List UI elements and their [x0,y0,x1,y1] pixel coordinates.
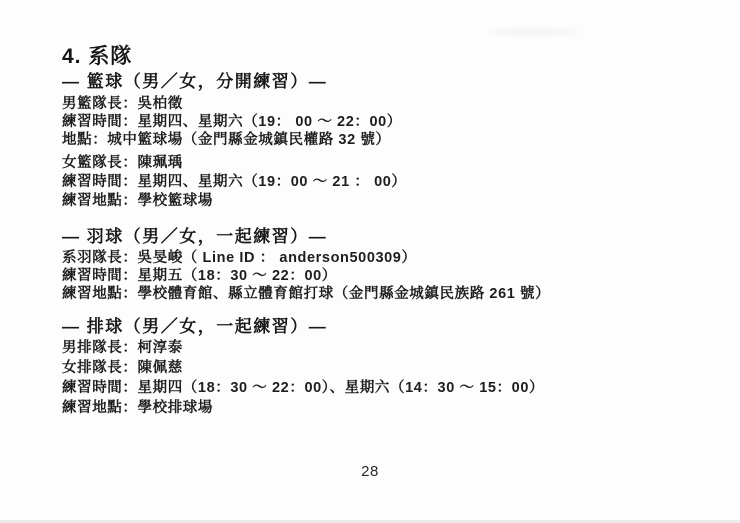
section-header-basketball: — 籃球（男／女，分開練習）— [62,67,327,92]
badminton-location-line: 練習地點：學校體育館、縣立體育館打球（金門縣金城鎮民族路 261 號） [62,282,550,303]
volleyball-location-line: 練習地點：學校排球場 [62,396,213,417]
section-header-volleyball: — 排球（男／女，一起練習）— [62,312,327,337]
section-header-badminton: — 羽球（男／女，一起練習）— [62,222,327,247]
page-title: 4. 系隊 [62,40,132,70]
womens-basketball-location-line: 練習地點：學校籃球場 [62,189,213,210]
mens-basketball-location-line: 地點：城中籃球場（金門縣金城鎮民權路 32 號） [62,128,391,149]
page-number: 28 [0,463,740,480]
volleyball-practice-time-line: 練習時間：星期四（18：30 ～ 22：00）、星期六（14：30 ～ 15：0… [62,376,544,397]
scanned-document-page: 4. 系隊 — 籃球（男／女，分開練習）— 男籃隊長：吳柏徵 練習時間：星期四、… [0,0,740,523]
mens-volleyball-captain-line: 男排隊長：柯淳泰 [62,336,183,357]
womens-basketball-captain-line: 女籃隊長：陳珮瑀 [62,151,183,172]
scan-artifact [490,28,580,36]
womens-basketball-practice-time-line: 練習時間：星期四、星期六（19：00 ～ 21 ： 00） [62,170,407,191]
womens-volleyball-captain-line: 女排隊長：陳佩慈 [62,356,183,377]
